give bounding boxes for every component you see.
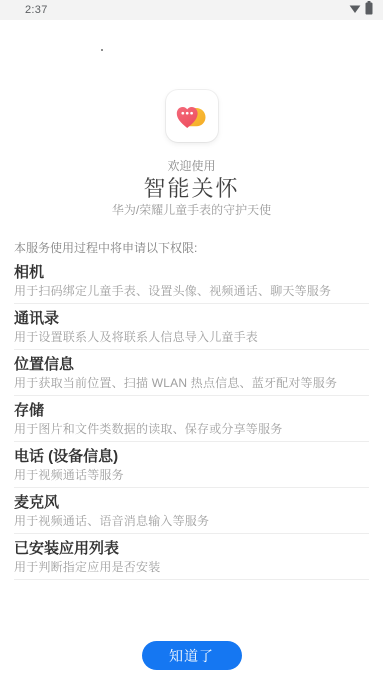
- permission-item-microphone: 麦克风 用于视频通话、语音消息输入等服务: [14, 488, 369, 534]
- app-tagline: 华为/荣耀儿童手表的守护天使: [0, 201, 383, 218]
- permission-desc: 用于视频通话等服务: [14, 467, 369, 485]
- got-it-button[interactable]: 知道了: [142, 641, 242, 670]
- permission-title: 位置信息: [14, 356, 369, 374]
- app-name-title: 智能关怀: [0, 172, 383, 203]
- permission-title: 麦克风: [14, 494, 369, 512]
- app-screen: 2:37: [0, 0, 383, 682]
- wifi-icon: [349, 1, 361, 19]
- permission-title: 相机: [14, 264, 369, 282]
- permission-desc: 用于扫码绑定儿童手表、设置头像、视频通话、聊天等服务: [14, 283, 369, 301]
- permission-item-installed-apps: 已安装应用列表 用于判断指定应用是否安装: [14, 534, 369, 580]
- status-time: 2:37: [25, 4, 48, 16]
- permission-item-storage: 存储 用于图片和文件类数据的读取、保存或分享等服务: [14, 396, 369, 442]
- permission-title: 存储: [14, 402, 369, 420]
- permission-desc: 用于图片和文件类数据的读取、保存或分享等服务: [14, 421, 369, 439]
- permission-desc: 用于设置联系人及将联系人信息导入儿童手表: [14, 329, 369, 347]
- permission-item-camera: 相机 用于扫码绑定儿童手表、设置头像、视频通话、聊天等服务: [14, 258, 369, 304]
- permission-desc: 用于视频通话、语音消息输入等服务: [14, 513, 369, 531]
- permission-item-contacts: 通讯录 用于设置联系人及将联系人信息导入儿童手表: [14, 304, 369, 350]
- permission-item-phone: 电话 (设备信息) 用于视频通话等服务: [14, 442, 369, 488]
- permissions-list: 相机 用于扫码绑定儿童手表、设置头像、视频通话、聊天等服务 通讯录 用于设置联系…: [14, 258, 369, 580]
- permission-item-location: 位置信息 用于获取当前位置、扫描 WLAN 热点信息、蓝牙配对等服务: [14, 350, 369, 396]
- battery-icon: [365, 1, 373, 20]
- permission-title: 通讯录: [14, 310, 369, 328]
- app-logo-icon: [166, 90, 218, 142]
- permission-title: 已安装应用列表: [14, 540, 369, 558]
- stray-dot: [101, 49, 103, 51]
- status-bar: 2:37: [0, 0, 383, 20]
- permission-title: 电话 (设备信息): [14, 448, 369, 466]
- permission-desc: 用于判断指定应用是否安装: [14, 559, 369, 577]
- permissions-intro: 本服务使用过程中将申请以下权限:: [14, 239, 369, 256]
- status-icons: [349, 1, 373, 20]
- permission-desc: 用于获取当前位置、扫描 WLAN 热点信息、蓝牙配对等服务: [14, 375, 369, 393]
